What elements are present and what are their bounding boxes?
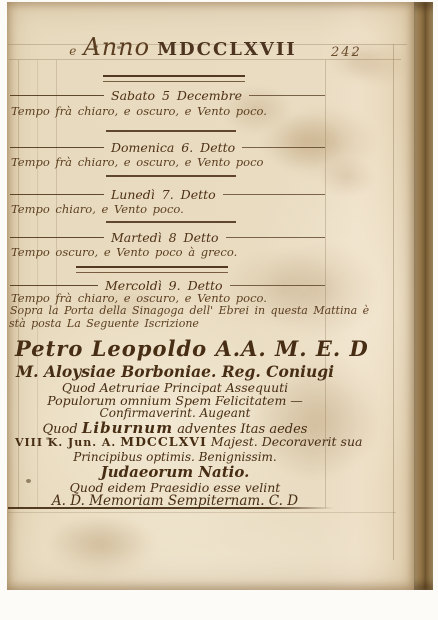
- entry-date: Domenica 6. Detto: [111, 140, 235, 155]
- separator-rule: [76, 266, 228, 273]
- closing-rule: [8, 507, 334, 509]
- entry-date: Martedì 8 Detto: [111, 230, 219, 245]
- weather-note: Tempo frà chiaro, e oscuro, e Vento poco…: [11, 291, 267, 305]
- weather-note: Tempo oscuro, e Vento poco à greco.: [11, 245, 237, 259]
- title-year-roman: MDCCLXVII: [157, 39, 297, 60]
- ink-rule: [226, 237, 325, 238]
- title-flourish: e: [69, 44, 76, 58]
- ink-rule: [10, 95, 104, 96]
- inscription-date-prefix: VIII K. Jun. A.: [15, 436, 116, 449]
- weather-note: Tempo frà chiaro, e oscuro, e Vento poco: [11, 155, 263, 169]
- entry-date-heading: Martedì 8 Detto: [10, 229, 325, 245]
- page-number: 242: [331, 45, 362, 60]
- separator-rule: [106, 175, 236, 177]
- ink-rule: [10, 237, 104, 238]
- weather-note: Tempo chiaro, e Vento poco.: [11, 202, 184, 216]
- inscription-year-roman: MDCCLXVI: [120, 434, 207, 449]
- separator-rule: [103, 75, 245, 82]
- separator-rule: [106, 130, 236, 132]
- ink-rule: [242, 147, 325, 148]
- weather-note: Tempo frà chiaro, e oscuro, e Vento poco…: [11, 104, 267, 118]
- inscription-line: Confirmaverint. Augeant: [15, 406, 335, 420]
- ink-rule: [10, 285, 98, 286]
- ink-rule: [10, 147, 104, 148]
- inscription-line: Judaeorum Natio.: [15, 463, 335, 481]
- ink-rule: [10, 194, 104, 195]
- year-heading: e Anno MDCCLXVII: [52, 33, 314, 61]
- annotation-line: Sopra la Porta della Sinagoga dell' Ebre…: [10, 304, 369, 317]
- ink-rule: [230, 285, 325, 286]
- inscription-line: Petro Leopoldo A.A. M. E. D: [15, 336, 335, 361]
- book-page-edges: [414, 2, 433, 590]
- inscription-line: Principibus optimis. Benignissim.: [15, 450, 335, 464]
- entry-date: Lunedì 7. Detto: [111, 187, 216, 202]
- entry-date-heading: Lunedì 7. Detto: [10, 186, 325, 202]
- separator-rule: [106, 221, 236, 223]
- inscription-line: VIII K. Jun. A. MDCCLXVI Majest. Decorav…: [15, 434, 335, 449]
- entry-date-heading: Sabato 5 Decembre: [10, 87, 325, 103]
- entry-date: Sabato 5 Decembre: [111, 88, 242, 103]
- inscription-word: Majest. Decoraverit sua: [211, 434, 363, 449]
- title-anno: Anno: [83, 33, 150, 61]
- ink-rule: [249, 95, 325, 96]
- inscription-line: M. Aloysiae Borboniae. Reg. Coniugi: [15, 362, 335, 381]
- ink-rule: [223, 194, 325, 195]
- manuscript-scan: e Anno MDCCLXVII 242 Sabato 5 Decembre T…: [0, 0, 438, 620]
- annotation-line: stà posta La Seguente Iscrizione: [9, 317, 199, 330]
- entry-date-heading: Domenica 6. Detto: [10, 139, 325, 155]
